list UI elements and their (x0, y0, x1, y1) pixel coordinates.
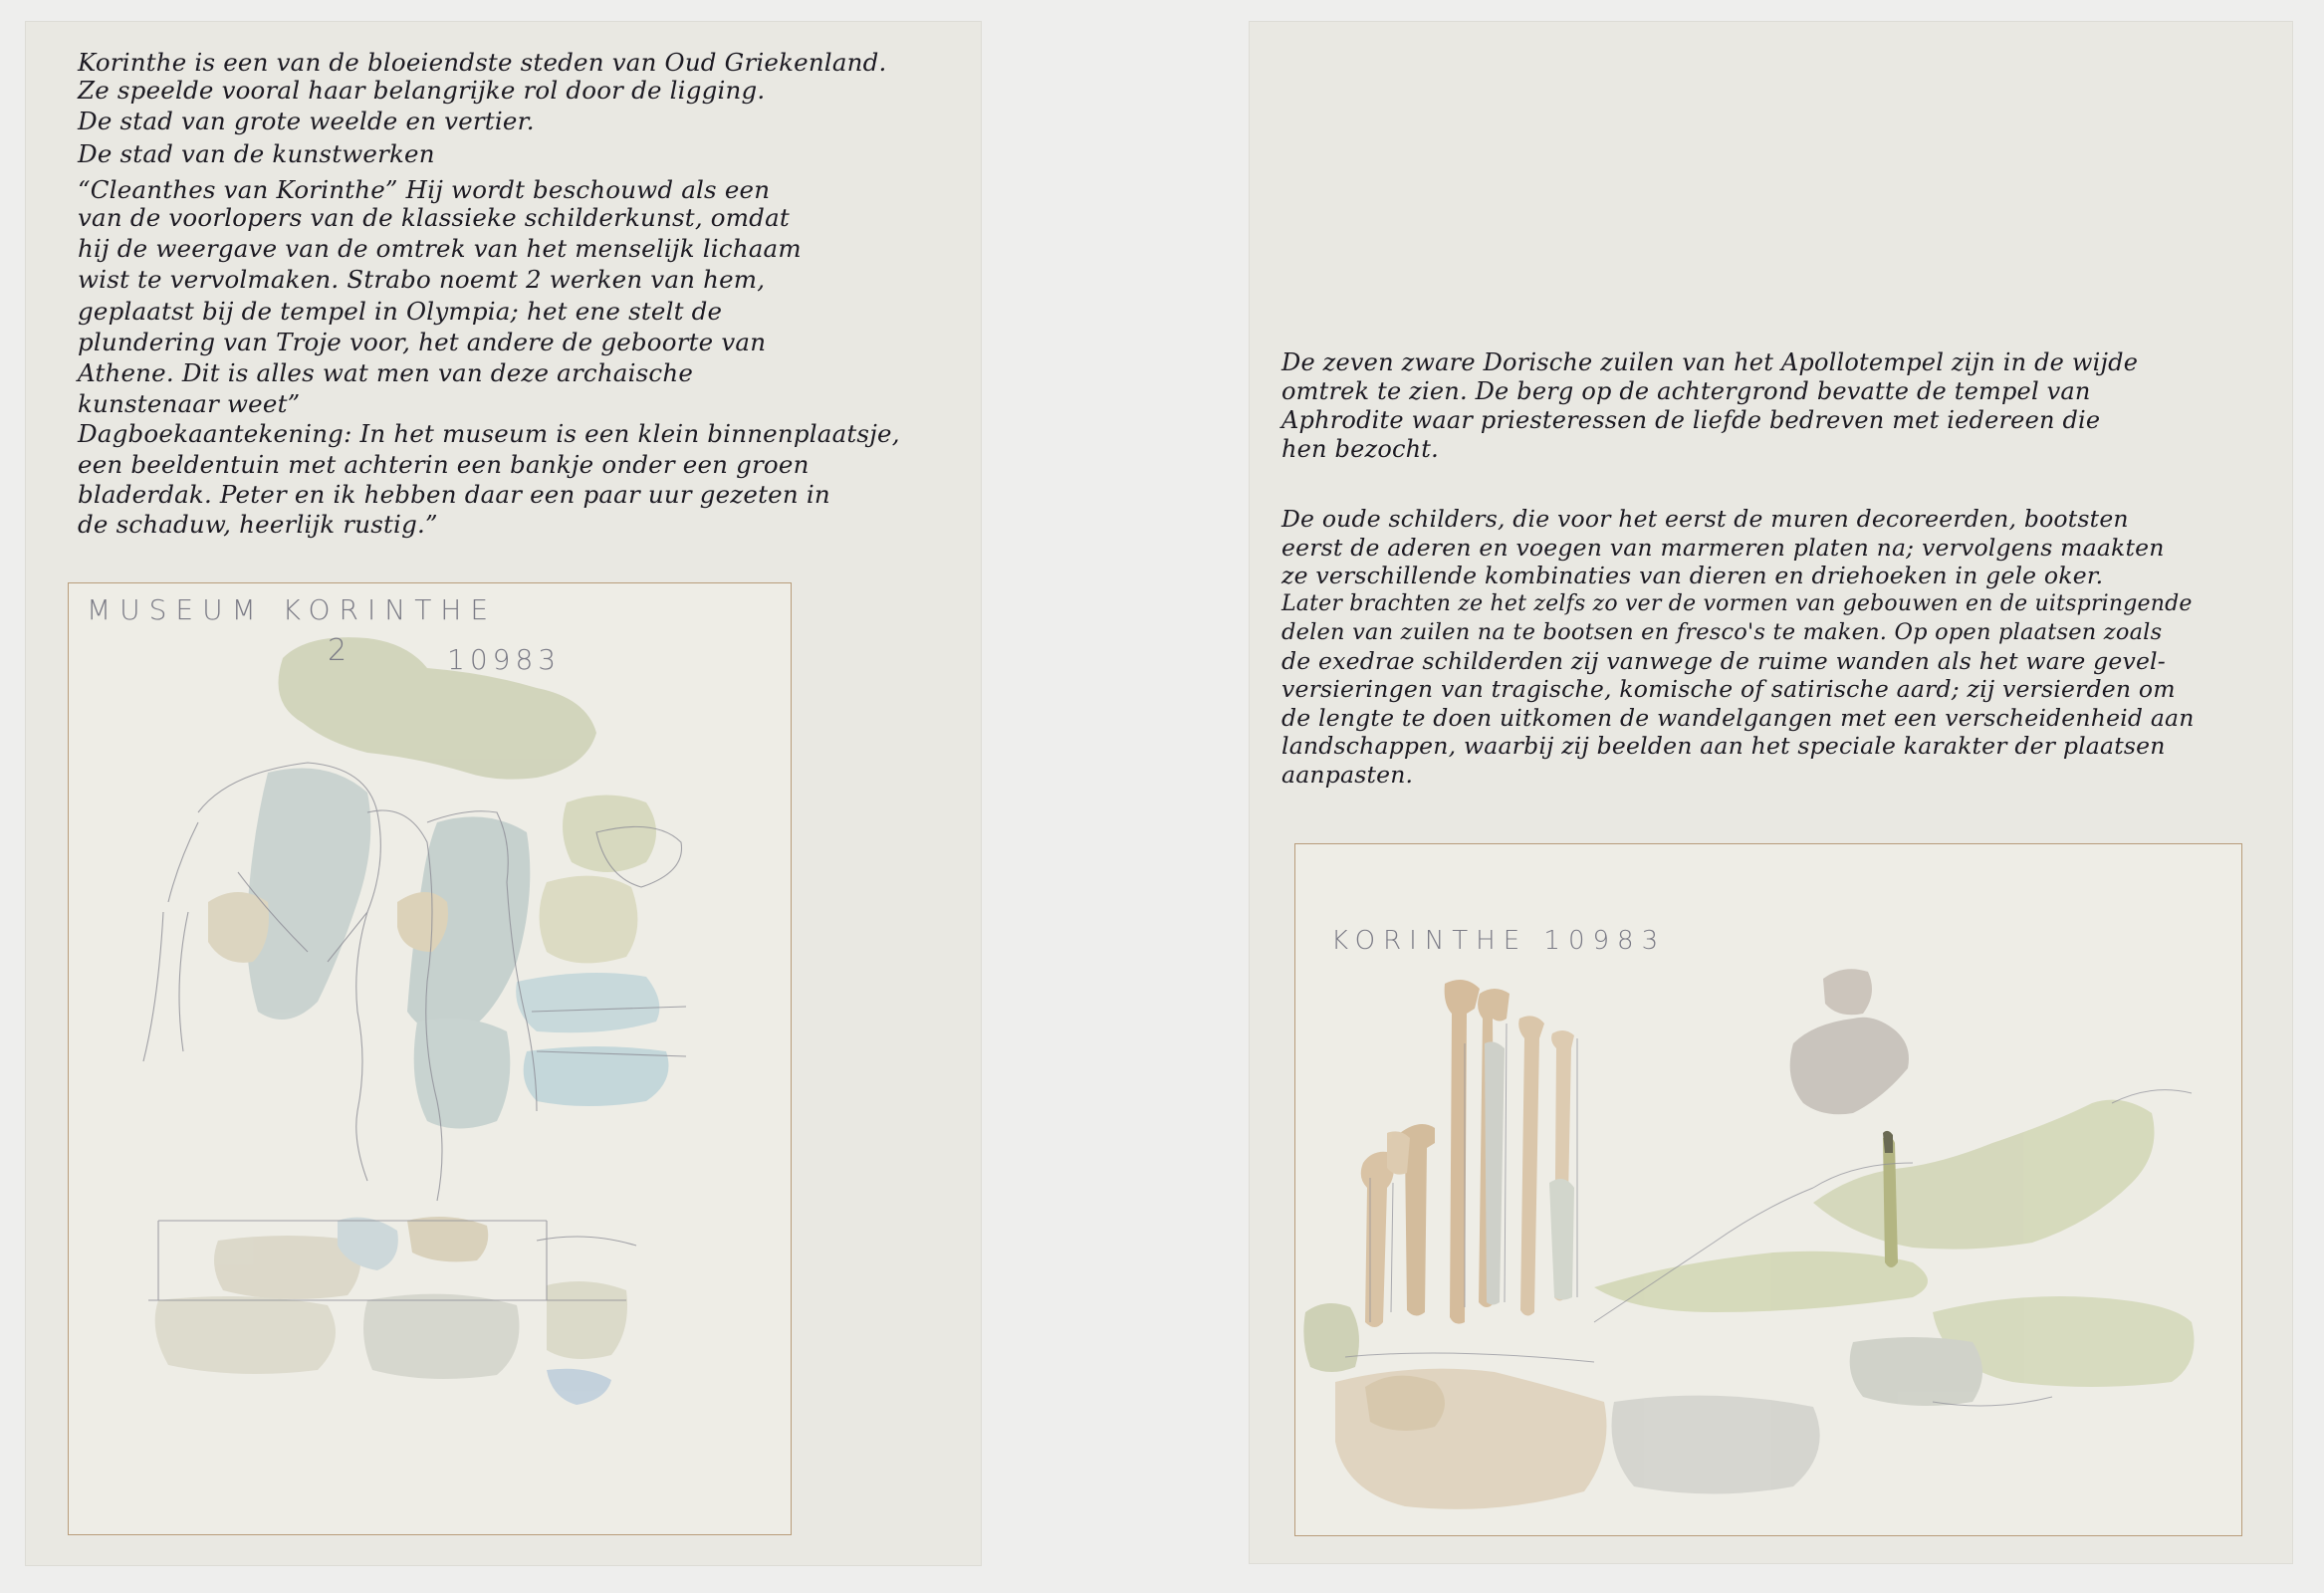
text-line: hij de weergave van de omtrek van het me… (78, 235, 900, 263)
text-line: Ze speelde vooral haar belangrijke rol d… (78, 77, 900, 105)
left-handwritten-text: Korinthe is een van de bloeiendste stede… (78, 49, 900, 539)
text-line: landschappen, waarbij zij beelden aan he… (1281, 732, 2195, 761)
text-line: de lengte te doen uitkomen de wandelgang… (1281, 704, 2195, 733)
text-line: delen van zuilen na te bootsen en fresco… (1281, 618, 2195, 647)
text-line: geplaatst bij de tempel in Olympia; het … (78, 298, 900, 326)
text-line: eerst de aderen en voegen van marmeren p… (1281, 534, 2195, 563)
text-line: de schaduw, heerlijk rustig.” (78, 511, 900, 539)
text-line: van de voorlopers van de klassieke schil… (78, 204, 900, 232)
text-line: wist te vervolmaken. Strabo noemt 2 werk… (78, 266, 900, 294)
text-line: een beeldentuin met achterin een bankje … (78, 451, 900, 479)
text-line: Korinthe is een van de bloeiendste stede… (78, 49, 900, 77)
text-line: ze verschillende kombinaties van dieren … (1281, 562, 2195, 590)
text-line: De oude schilders, die voor het eerst de… (1281, 505, 2195, 534)
text-line: “Cleanthes van Korinthe” Hij wordt besch… (78, 176, 900, 204)
text-line: Aphrodite waar priesteressen de liefde b… (1281, 406, 2138, 435)
sketch-number-label: 2 (328, 633, 355, 668)
painters-paragraph: De oude schilders, die voor het eerst de… (1281, 505, 2195, 789)
text-line: Later brachten ze het zelfs zo ver de vo… (1281, 590, 2195, 619)
text-line: De stad van grote weelde en vertier. (78, 108, 900, 135)
text-line: hen bezocht. (1281, 435, 2138, 464)
museum-sculpture-watercolor: MUSEUM KORINTHE 2 10983 (68, 582, 792, 1535)
temple-ruins-watercolor: KORINTHE 10983 (1294, 843, 2242, 1536)
left-journal-page: Korinthe is een van de bloeiendste stede… (26, 22, 981, 1565)
text-line: De zeven zware Dorische zuilen van het A… (1281, 348, 2138, 377)
text-line: aanpasten. (1281, 761, 2195, 790)
right-journal-page: De zeven zware Dorische zuilen van het A… (1250, 22, 2292, 1563)
sketch-date-label: 10983 (447, 643, 561, 676)
text-line: de exedrae schilderden zij vanwege de ru… (1281, 647, 2195, 676)
sketch-pencil-label: KORINTHE 10983 (1331, 926, 1666, 956)
text-line: kunstenaar weet” (78, 390, 900, 418)
text-line: omtrek te zien. De berg op de achtergron… (1281, 377, 2138, 406)
sketch-pencil-label: MUSEUM KORINTHE (87, 593, 497, 626)
text-line: bladerdak. Peter en ik hebben daar een p… (78, 481, 900, 509)
text-line: versieringen van tragische, komische of … (1281, 675, 2195, 704)
text-line: De stad van de kunstwerken (78, 140, 900, 168)
text-line: plundering van Troje voor, het andere de… (78, 329, 900, 356)
temple-paragraph: De zeven zware Dorische zuilen van het A… (1281, 348, 2138, 464)
text-line: Athene. Dit is alles wat men van deze ar… (78, 359, 900, 387)
text-line: Dagboekaantekening: In het museum is een… (78, 420, 900, 448)
sculpture-watercolor-illustration (69, 583, 791, 1534)
